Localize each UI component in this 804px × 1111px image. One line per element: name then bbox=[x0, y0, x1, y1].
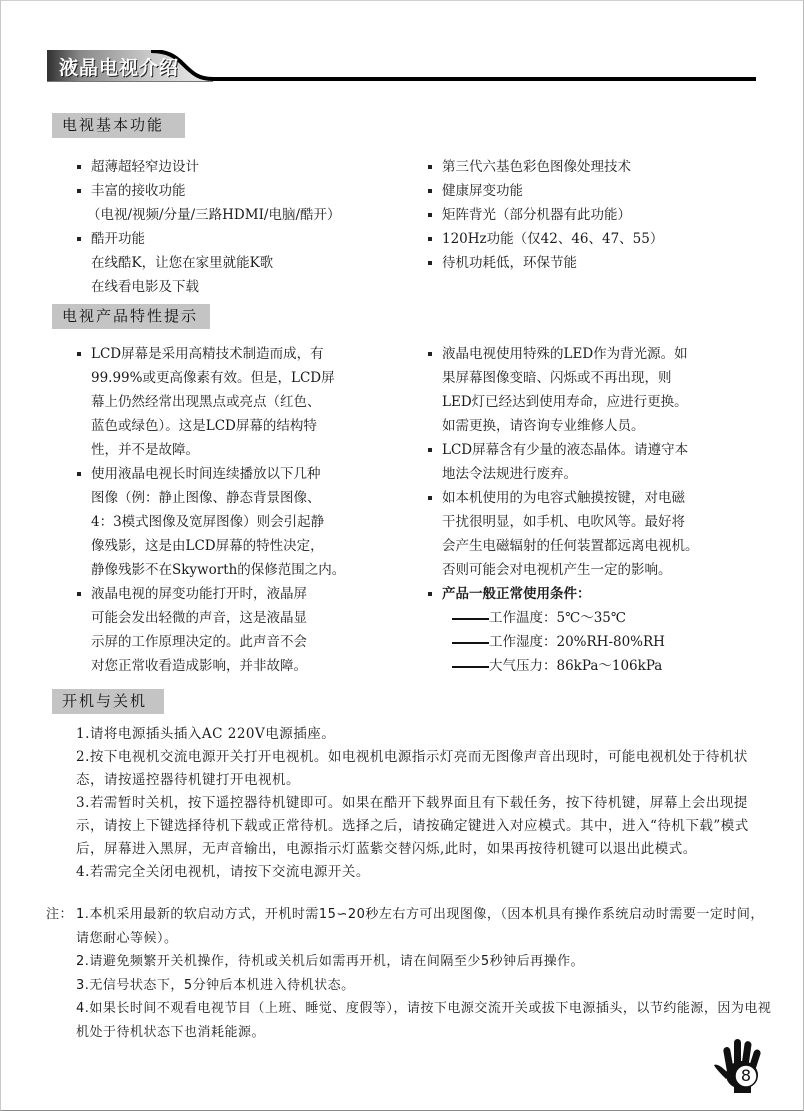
chapter-title: 液晶电视介绍 bbox=[59, 53, 179, 80]
bullet-icon bbox=[77, 165, 81, 169]
conditions-title: 产品一般正常使用条件： bbox=[442, 582, 793, 606]
list-item: 超薄超轻窄边设计 bbox=[77, 155, 417, 179]
bullet-icon bbox=[428, 261, 432, 265]
bullet-icon bbox=[428, 448, 432, 452]
step-1: 1.请将电源插头插入AC 220V电源插座。 bbox=[76, 723, 771, 746]
step-3: 3.若需暂时关机，按下遥控器待机键即可。如果在酷开下载界面且有下载任务，按下待机… bbox=[76, 792, 771, 861]
dash-icon bbox=[452, 666, 489, 668]
bullet-icon bbox=[428, 213, 432, 217]
dash-icon bbox=[452, 642, 489, 644]
list-item: 120Hz功能（仅42、46、47、55） bbox=[428, 227, 788, 251]
condition-row: 工作湿度：20%RH-80%RH bbox=[428, 630, 793, 654]
basic-left-list: 超薄超轻窄边设计 丰富的接收功能 （电视/视频/分量/三路HDMI/电脑/酷开）… bbox=[77, 155, 417, 299]
bullet-icon bbox=[428, 496, 432, 500]
dash-icon bbox=[452, 618, 489, 620]
bullet-icon bbox=[428, 165, 432, 169]
power-steps: 1.请将电源插头插入AC 220V电源插座。 2.按下电视机交流电源开关打开电视… bbox=[76, 723, 771, 884]
section-label-power: 开机与关机 bbox=[52, 689, 164, 714]
list-item: 待机功耗低，环保节能 bbox=[428, 251, 788, 275]
list-item: 第三代六基色彩色图像处理技术 bbox=[428, 155, 788, 179]
power-notes: 注： 1.本机采用最新的软启动方式，开机时需15∽20秒左右方可出现图像，（因本… bbox=[46, 903, 774, 1044]
page-number-badge: 8 bbox=[712, 1035, 772, 1095]
list-item: 如本机使用的为电容式触摸按键，对电磁 干扰很明显，如手机、电吹风等。最好将 会产… bbox=[428, 486, 793, 582]
note-item: 注： 1.本机采用最新的软启动方式，开机时需15∽20秒左右方可出现图像，（因本… bbox=[46, 903, 774, 950]
bullet-icon bbox=[77, 352, 81, 356]
list-item: LCD屏幕含有少量的液态晶体。请遵守本 地法令法规进行废弃。 bbox=[428, 438, 793, 486]
bullet-icon bbox=[428, 189, 432, 193]
basic-right-list: 第三代六基色彩色图像处理技术 健康屏变功能 矩阵背光（部分机器有此功能） 120… bbox=[428, 155, 788, 275]
step-4: 4.若需完全关闭电视机，请按下交流电源开关。 bbox=[76, 861, 771, 884]
condition-row: 大气压力：86kPa～106kPa bbox=[428, 654, 793, 678]
conditions-item: 产品一般正常使用条件： bbox=[428, 582, 793, 606]
list-item: 酷开功能 在线酷K，让您在家里就能K歌 在线看电影及下载 bbox=[77, 227, 417, 299]
bullet-icon bbox=[77, 472, 81, 476]
page-number: 8 bbox=[733, 1063, 759, 1089]
list-item: 丰富的接收功能 （电视/视频/分量/三路HDMI/电脑/酷开） bbox=[77, 179, 417, 227]
list-item: 液晶电视使用特殊的LED作为背光源。如 果屏幕图像变暗、闪烁或不再出现，则 LE… bbox=[428, 342, 793, 438]
list-item: 矩阵背光（部分机器有此功能） bbox=[428, 203, 788, 227]
bullet-icon bbox=[77, 189, 81, 193]
tips-right-list: 液晶电视使用特殊的LED作为背光源。如 果屏幕图像变暗、闪烁或不再出现，则 LE… bbox=[428, 342, 793, 678]
bullet-icon bbox=[428, 237, 432, 241]
note-item: 2.请避免频繁开关机操作，待机或关机后如需再开机，请在间隔至少5秒钟后再操作。 bbox=[46, 950, 774, 974]
bullet-icon bbox=[428, 352, 432, 356]
chapter-banner: 液晶电视介绍 bbox=[47, 50, 757, 82]
list-item: LCD屏幕是采用高精技术制造而成，有 99.99%或更高像素有效。但是，LCD屏… bbox=[77, 342, 422, 462]
tips-left-list: LCD屏幕是采用高精技术制造而成，有 99.99%或更高像素有效。但是，LCD屏… bbox=[77, 342, 422, 678]
section-label-basic: 电视基本功能 bbox=[52, 113, 185, 138]
note-item: 3.无信号状态下，5分钟后本机进入待机状态。 bbox=[46, 974, 774, 998]
bullet-icon bbox=[77, 237, 81, 241]
section-label-tips: 电视产品特性提示 bbox=[52, 304, 210, 329]
list-item: 使用液晶电视长时间连续播放以下几种 图像（例：静止图像、静态背景图像、 4：3模… bbox=[77, 462, 422, 582]
condition-row: 工作温度：5℃～35℃ bbox=[428, 606, 793, 630]
bullet-icon bbox=[77, 592, 81, 596]
bullet-icon bbox=[428, 592, 432, 596]
step-2: 2.按下电视机交流电源开关打开电视机。如电视机电源指示灯亮而无图像声音出现时，可… bbox=[76, 746, 771, 792]
note-item: 4.如果长时间不观看电视节目（上班、睡觉、度假等），请按下电源交流开关或拔下电源… bbox=[46, 997, 774, 1044]
list-item: 健康屏变功能 bbox=[428, 179, 788, 203]
notes-prefix: 注： bbox=[46, 903, 73, 927]
list-item: 液晶电视的屏变功能打开时，液晶屏 可能会发出轻微的声音，这是液晶显 示屏的工作原… bbox=[77, 582, 422, 678]
